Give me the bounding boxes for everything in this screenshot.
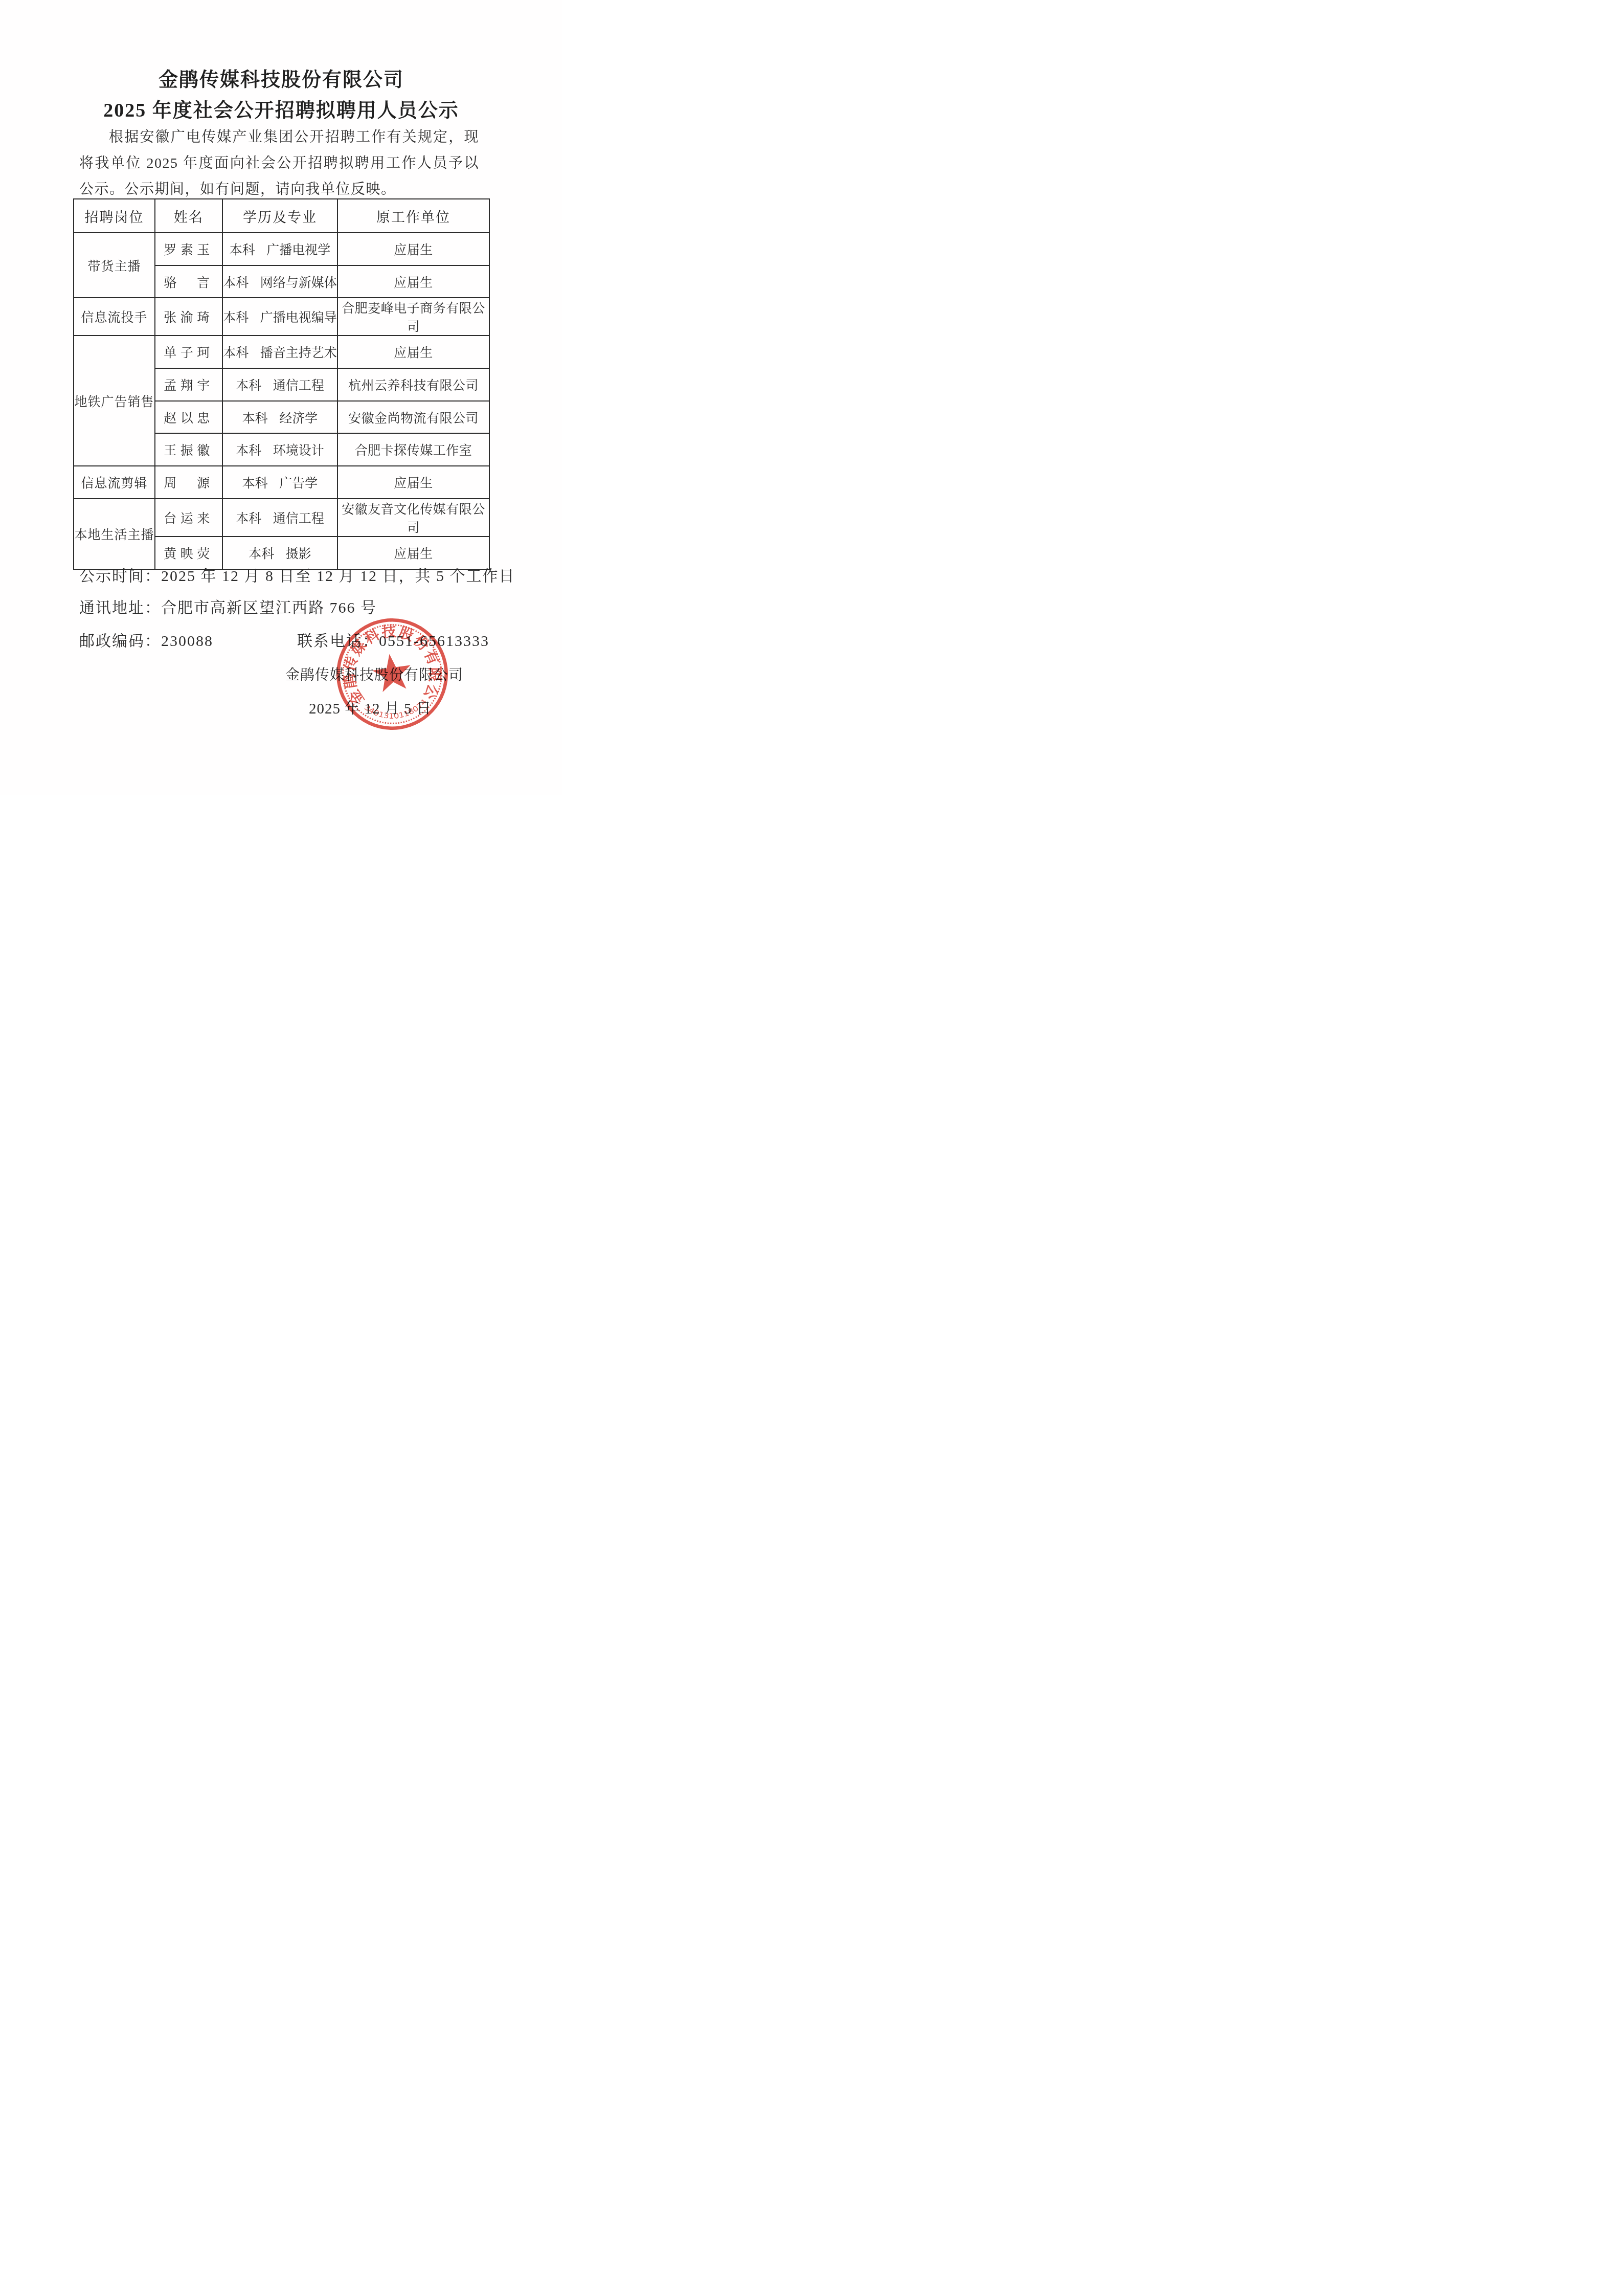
recruitment-table: 招聘岗位 姓名 学历及专业 原工作单位 带货主播 罗素玉 本科广播电视学 应届生…	[73, 198, 490, 570]
major: 网络与新媒体	[260, 276, 337, 290]
major: 通信工程	[273, 512, 324, 526]
education-cell: 本科通信工程	[222, 499, 337, 537]
table-header-row: 招聘岗位 姓名 学历及专业 原工作单位	[74, 199, 489, 233]
announcement-page: 金鹃传媒科技股份有限公司 2025 年度社会公开招聘拟聘用人员公示 根据安徽广电…	[0, 0, 562, 795]
former-employer-cell: 应届生	[337, 265, 489, 298]
former-employer-cell: 应届生	[337, 537, 489, 569]
former-employer-cell: 应届生	[337, 466, 489, 499]
degree: 本科	[223, 346, 249, 360]
position-cell: 信息流剪辑	[74, 466, 155, 499]
name-cell: 王振徽	[155, 433, 222, 466]
major: 播音主持艺术	[260, 346, 337, 360]
degree: 本科	[236, 379, 261, 393]
former-employer-cell: 安徽友音文化传媒有限公司	[337, 499, 489, 537]
name-cell: 单子珂	[155, 336, 222, 368]
name-cell: 周 源	[155, 466, 222, 499]
header-position: 招聘岗位	[74, 199, 155, 233]
degree: 本科	[223, 276, 249, 290]
former-employer-cell: 安徽金尚物流有限公司	[337, 401, 489, 434]
education-cell: 本科通信工程	[222, 368, 337, 401]
table-row: 信息流剪辑 周 源 本科广告学 应届生	[74, 466, 489, 499]
major: 摄影	[286, 547, 311, 561]
postal-code: 邮政编码：230088	[79, 631, 213, 652]
former-employer-cell: 应届生	[337, 336, 489, 368]
education-cell: 本科网络与新媒体	[222, 265, 337, 298]
major: 经济学	[279, 412, 318, 426]
table-row: 本地生活主播 台运来 本科通信工程 安徽友音文化传媒有限公司	[74, 499, 489, 537]
name-cell: 孟翔宇	[155, 368, 222, 401]
major: 广播电视编导	[260, 311, 337, 325]
former-employer-cell: 合肥卡探传媒工作室	[337, 433, 489, 466]
page-title: 金鹃传媒科技股份有限公司	[0, 63, 562, 92]
former-employer-cell: 合肥麦峰电子商务有限公司	[337, 298, 489, 336]
table-row: 带货主播 罗素玉 本科广播电视学 应届生	[74, 233, 489, 265]
former-employer-cell: 应届生	[337, 233, 489, 265]
position-cell: 信息流投手	[74, 298, 155, 336]
table-row: 信息流投手 张渝琦 本科广播电视编导 合肥麦峰电子商务有限公司	[74, 298, 489, 336]
name-cell: 罗素玉	[155, 233, 222, 265]
intro-line-1: 根据安徽广电传媒产业集团公开招聘工作有关规定，现	[79, 124, 479, 150]
degree: 本科	[242, 412, 268, 426]
company-seal-stamp: 金鹃传媒科技股份有限公司 3401310118074	[332, 614, 453, 734]
degree: 本科	[223, 311, 249, 325]
intro-paragraph: 根据安徽广电传媒产业集团公开招聘工作有关规定，现 将我单位 2025 年度面向社…	[79, 124, 479, 203]
header-education: 学历及专业	[222, 199, 337, 233]
page-subtitle: 2025 年度社会公开招聘拟聘用人员公示	[0, 94, 562, 122]
major: 广告学	[279, 477, 318, 491]
position-cell: 本地生活主播	[74, 499, 155, 569]
education-cell: 本科广播电视学	[222, 233, 337, 265]
major: 通信工程	[273, 379, 324, 393]
position-cell: 地铁广告销售	[74, 336, 155, 466]
name-cell: 台运来	[155, 499, 222, 537]
position-cell: 带货主播	[74, 233, 155, 298]
major: 环境设计	[273, 444, 324, 458]
publicity-period: 公示时间：2025 年 12 月 8 日至 12 月 12 日，共 5 个工作日	[79, 566, 515, 587]
seal-star-icon	[370, 651, 414, 693]
major: 广播电视学	[266, 243, 330, 257]
education-cell: 本科广告学	[222, 466, 337, 499]
degree: 本科	[236, 444, 261, 458]
name-cell: 骆 言	[155, 265, 222, 298]
name-cell: 张渝琦	[155, 298, 222, 336]
degree: 本科	[249, 547, 274, 561]
degree: 本科	[230, 243, 255, 257]
education-cell: 本科摄影	[222, 537, 337, 569]
header-name: 姓名	[155, 199, 222, 233]
header-former-employer: 原工作单位	[337, 199, 489, 233]
education-cell: 本科广播电视编导	[222, 298, 337, 336]
education-cell: 本科环境设计	[222, 433, 337, 466]
name-cell: 赵以忠	[155, 401, 222, 434]
education-cell: 本科经济学	[222, 401, 337, 434]
name-cell: 黄映荧	[155, 537, 222, 569]
former-employer-cell: 杭州云养科技有限公司	[337, 368, 489, 401]
table-row: 地铁广告销售 单子珂 本科播音主持艺术 应届生	[74, 336, 489, 368]
degree: 本科	[242, 477, 268, 491]
education-cell: 本科播音主持艺术	[222, 336, 337, 368]
degree: 本科	[236, 512, 261, 526]
intro-line-2: 将我单位 2025 年度面向社会公开招聘拟聘用工作人员予以	[79, 150, 479, 176]
